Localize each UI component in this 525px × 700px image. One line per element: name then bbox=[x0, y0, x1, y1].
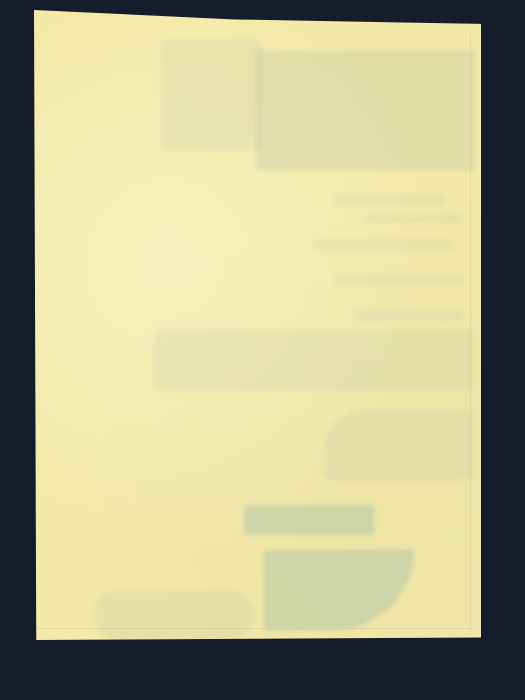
dark-background bbox=[0, 0, 525, 700]
showthrough-top-left-panel bbox=[162, 40, 262, 150]
showthrough-right-border bbox=[470, 30, 471, 630]
showthrough-text-line-5 bbox=[354, 310, 464, 320]
showthrough-text-line-1 bbox=[334, 195, 444, 205]
showthrough-bottom-border bbox=[34, 628, 474, 629]
paper-sheet bbox=[34, 10, 481, 640]
showthrough-text-line-2 bbox=[364, 215, 464, 223]
showthrough-text-line-3 bbox=[314, 240, 454, 250]
showthrough-mid-band bbox=[154, 330, 474, 390]
showthrough-top-right-block bbox=[256, 50, 476, 170]
showthrough-rect-block bbox=[244, 505, 374, 535]
showthrough-bottom-left bbox=[94, 590, 254, 640]
showthrough-right-shape bbox=[324, 410, 474, 480]
showthrough-text-line-4 bbox=[334, 275, 464, 285]
